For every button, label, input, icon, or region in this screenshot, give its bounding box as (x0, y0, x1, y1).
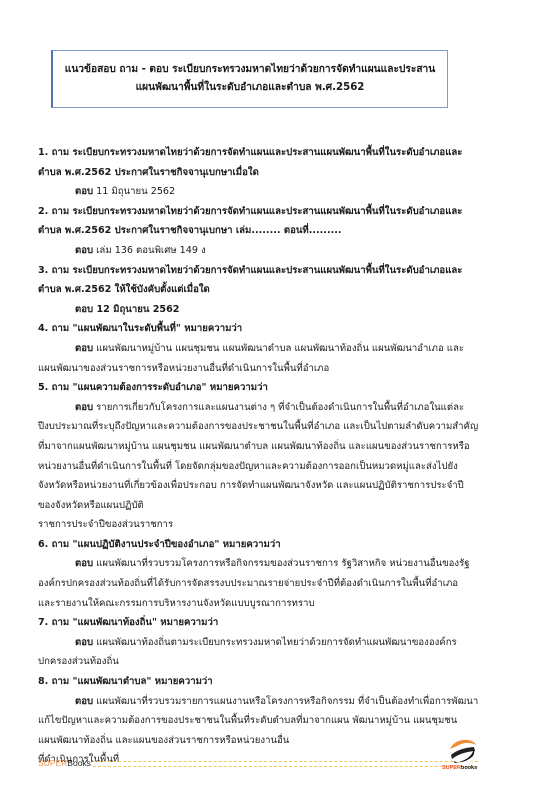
question-line: ตำบล พ.ศ.2562 ให้ใช้บังคับตั้งแต่เมื่อใด (38, 280, 518, 300)
question-line: 2. ถาม ระเบียบกระทรวงมหาดไทยว่าด้วยการจั… (38, 202, 518, 222)
answer-line: จังหวัดหรือหน่วยงานที่เกี่ยวข้องเพื่อประ… (38, 476, 518, 496)
answer-line: ปีงบประมาณที่ระบุถึงปัญหาและความต้องการข… (38, 417, 518, 437)
question-line: 3. ถาม ระเบียบกระทรวงมหาดไทยว่าด้วยการจั… (38, 261, 518, 281)
answer-label: ตอบ (75, 186, 93, 197)
title-line-2: แผนพัฒนาพื้นที่ในระดับอำเภอและตำบล พ.ศ.2… (136, 79, 365, 97)
answer-line: 12 มิถุนายน 2562 (96, 304, 179, 315)
question-line: 6. ถาม "แผนปฏิบัติงานประจำปีของอำเภอ" หม… (38, 535, 518, 555)
question-line: 1. ถาม ระเบียบกระทรวงมหาดไทยว่าด้วยการจั… (38, 143, 518, 163)
qa-item-4: 4. ถาม "แผนพัฒนาในระดับพื้นที่" หมายความ… (38, 319, 518, 378)
logo-books: books (461, 765, 477, 771)
title-box: แนวข้อสอบ ถาม - ตอบ ระเบียบกระทรวงมหาดไท… (51, 50, 448, 108)
answer-line: แผนพัฒนาที่รวบรวมรายการแผนงานหรือโครงการ… (96, 696, 478, 707)
question-line: 7. ถาม "แผนพัฒนาท้องถิ่น" หมายความว่า (38, 613, 518, 633)
footer-divider (93, 761, 478, 767)
answer-label: ตอบ (75, 558, 93, 569)
answer-line: แผนพัฒนาที่รวบรวมโครงการหรือกิจกรรมของส่… (96, 558, 469, 569)
answer-label: ตอบ (75, 343, 93, 354)
answer-label: ตอบ (75, 402, 93, 413)
answer-label: ตอบ (75, 637, 93, 648)
page-footer: SUPERBooks (38, 756, 478, 770)
qa-item-3: 3. ถาม ระเบียบกระทรวงมหาดไทยว่าด้วยการจั… (38, 261, 518, 320)
qa-item-5: 5. ถาม "แผนความต้องการระดับอำเภอ" หมายคว… (38, 378, 518, 535)
logo-super: SUPER (442, 765, 461, 771)
answer-label: ตอบ (75, 304, 93, 315)
answer-line: แก้ไขปัญหาและความต้องการของประชาชนในพื้น… (38, 711, 518, 731)
answer-line: ของจังหวัดหรือแผนปฏิบัติ (38, 496, 518, 516)
question-line: 4. ถาม "แผนพัฒนาในระดับพื้นที่" หมายความ… (38, 319, 518, 339)
answer-line: รายการเกี่ยวกับโครงการและแผนงานต่าง ๆ ที… (96, 402, 464, 413)
answer-label: ตอบ (75, 696, 93, 707)
qa-item-7: 7. ถาม "แผนพัฒนาท้องถิ่น" หมายความว่า ตอ… (38, 613, 518, 672)
answer-label: ตอบ (75, 245, 93, 256)
answer-line: แผนพัฒนาท้องถิ่นตามระเบียบกระทรวงมหาดไทย… (96, 637, 457, 648)
footer-brand-super: SUPER (38, 758, 67, 768)
answer-line: 11 มิถุนายน 2562 (96, 186, 175, 197)
answer-line: องค์กรปกครองส่วนท้องถิ่นที่ได้รับการจัดส… (38, 574, 518, 594)
answer-line: ราชการประจำปีของส่วนราชการ (38, 515, 518, 535)
answer-line: แผนพัฒนาของส่วนราชการหรือหน่วยงานอื่นที่… (38, 359, 518, 379)
qa-item-2: 2. ถาม ระเบียบกระทรวงมหาดไทยว่าด้วยการจั… (38, 202, 518, 261)
question-line: ตำบล พ.ศ.2562 ประกาศในราชกิจจานุเบกษา เล… (38, 221, 518, 241)
qa-item-6: 6. ถาม "แผนปฏิบัติงานประจำปีของอำเภอ" หม… (38, 535, 518, 613)
question-line: 8. ถาม "แผนพัฒนาตำบล" หมายความว่า (38, 672, 518, 692)
qa-content: 1. ถาม ระเบียบกระทรวงมหาดไทยว่าด้วยการจั… (38, 143, 518, 770)
answer-line: แผนพัฒนาหมู่บ้าน แผนชุมชน แผนพัฒนาตำบล แ… (96, 343, 464, 354)
answer-line: ที่มาจากแผนพัฒนาหมู่บ้าน แผนชุมชน แผนพัฒ… (38, 437, 518, 457)
answer-line: ปกครองส่วนท้องถิ่น (38, 652, 518, 672)
question-line: ตำบล พ.ศ.2562 ประกาศในราชกิจจานุเบกษาเมื… (38, 163, 518, 183)
answer-line: หน่วยงานอื่นที่ดำเนินการในพื้นที่ โดยจัด… (38, 457, 518, 477)
answer-line: เล่ม 136 ตอนพิเศษ 149 ง (96, 245, 206, 256)
logo-wordmark: SUPERbooks (442, 765, 477, 771)
answer-line: และรายงานให้คณะกรรมการบริหารงานจังหวัดแบ… (38, 594, 518, 614)
question-line: 5. ถาม "แผนความต้องการระดับอำเภอ" หมายคว… (38, 378, 518, 398)
title-line-1: แนวข้อสอบ ถาม - ตอบ ระเบียบกระทรวงมหาดไท… (65, 61, 435, 79)
footer-brand-books: Books (67, 758, 91, 768)
qa-item-1: 1. ถาม ระเบียบกระทรวงมหาดไทยว่าด้วยการจั… (38, 143, 518, 202)
